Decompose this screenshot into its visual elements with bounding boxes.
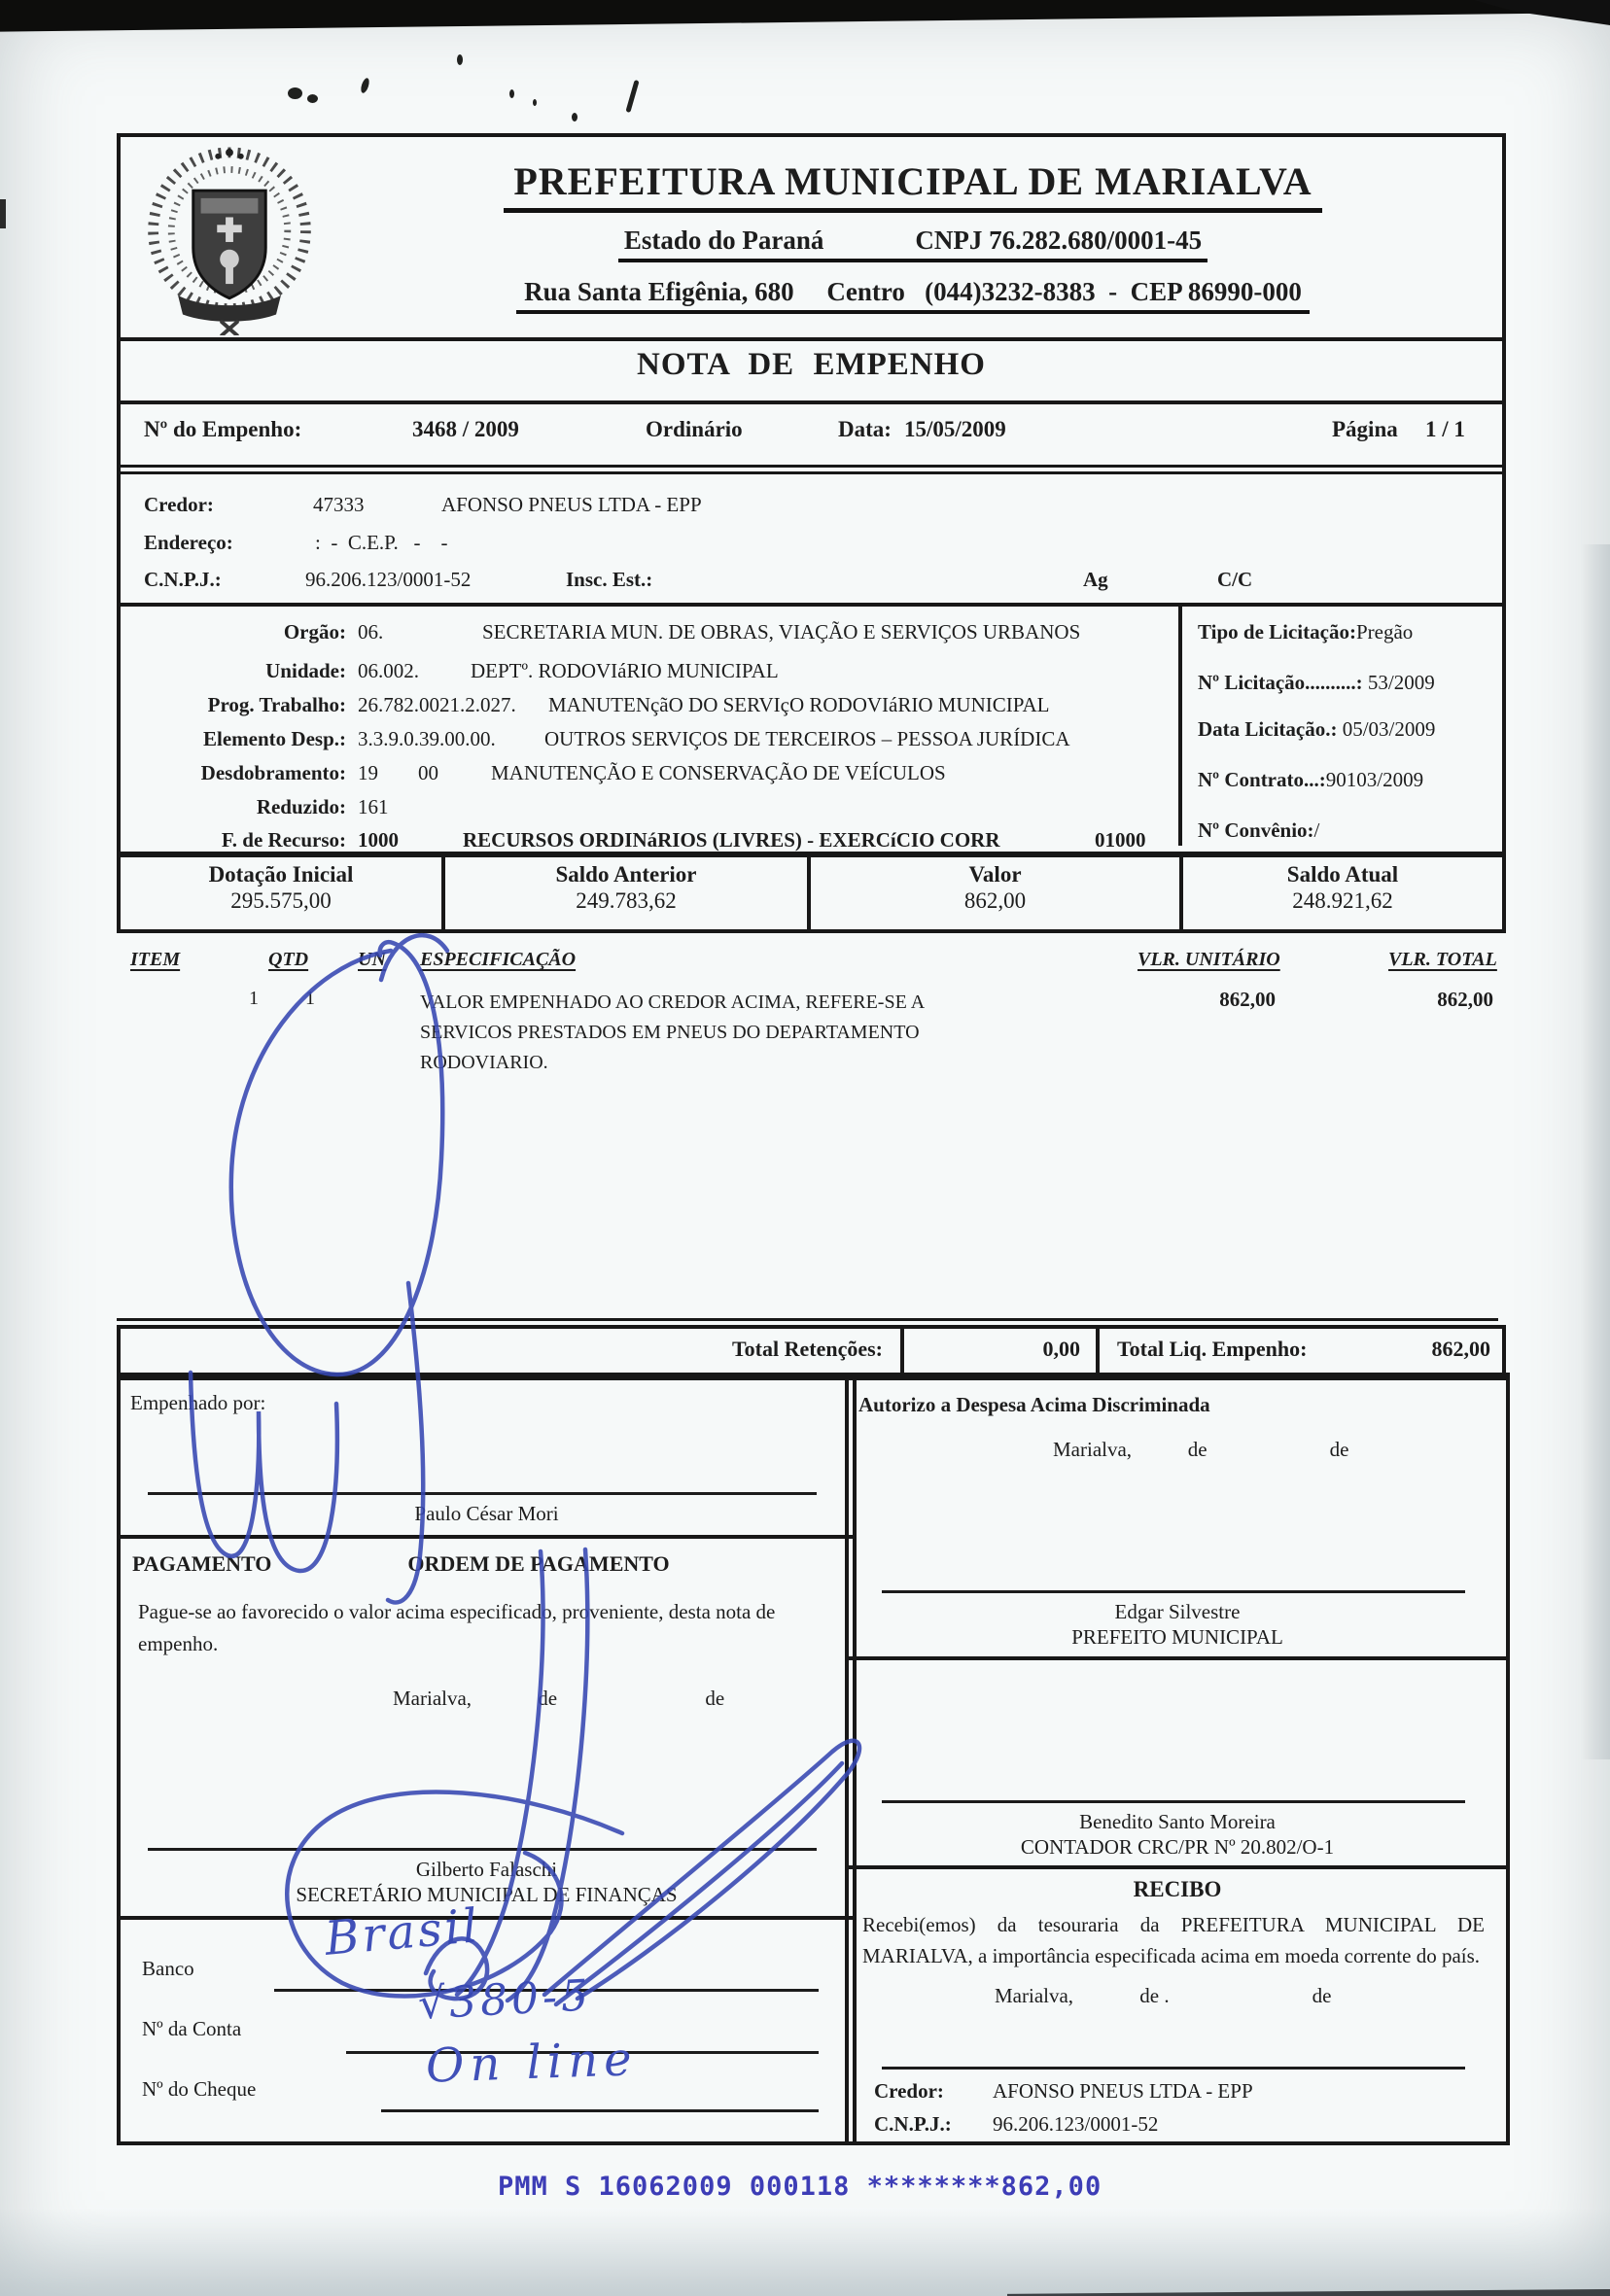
secretario-name: Gilberto Falaschi <box>121 1857 853 1883</box>
contador-role: CONTADOR CRC/PR Nº 20.802/O-1 <box>849 1834 1506 1861</box>
summary-header: Dotação Inicial <box>121 862 441 887</box>
secretario-role: SECRETÁRIO MUNICIPAL DE FINANÇAS <box>121 1882 853 1908</box>
prog-trabalho-label: Prog. Trabalho: <box>121 692 346 718</box>
licitacao-data-value: 05/03/2009 <box>1337 717 1435 741</box>
item-number: 1 <box>249 988 259 1010</box>
form-header-box: PREFEITURA MUNICIPAL DE MARIALVA Estado … <box>117 133 1506 857</box>
summary-value: 295.575,00 <box>121 888 441 914</box>
fonte-recurso-label: F. de Recurso: <box>121 827 346 853</box>
insc-est-label: Insc. Est.: <box>566 567 652 593</box>
credor-cnpj-value: 96.206.123/0001-52 <box>305 567 471 593</box>
summary-value: 862,00 <box>811 888 1179 914</box>
credor-line: Credor: 47333 AFONSO PNEUS LTDA - EPP <box>121 492 1502 525</box>
banco-handwritten-value: Brasil <box>323 1898 482 1966</box>
signature-line <box>882 1800 1465 1803</box>
page-number: 1 / 1 <box>1425 417 1465 442</box>
items-header-item: ITEM <box>130 949 180 971</box>
unidade-code: 06.002. <box>358 658 419 684</box>
empenho-number: 3468 / 2009 <box>412 417 519 442</box>
licitacao-box: Tipo de Licitação:Pregão Nº Licitação...… <box>1178 607 1510 846</box>
total-retencoes-label: Total Retenções: <box>121 1329 904 1376</box>
total-liq-label: Total Liq. Empenho: <box>1100 1329 1307 1376</box>
ink-speck <box>307 94 318 103</box>
summary-col-saldo-atual: Saldo Atual 248.921,62 <box>1183 855 1502 929</box>
state-label: Estado do Paraná <box>624 226 824 255</box>
licitacao-numero: Nº Licitação..........: 53/2009 <box>1198 671 1435 695</box>
desdobramento-row: Desdobramento: 19 00 MANUTENÇÃO E CONSER… <box>121 760 1171 789</box>
contrato-numero: Nº Contrato...:90103/2009 <box>1198 768 1423 792</box>
summary-col-valor: Valor 862,00 <box>811 855 1183 929</box>
scan-artifact-left-tick <box>0 199 6 228</box>
desdobramento-label: Desdobramento: <box>121 760 346 786</box>
summary-value: 248.921,62 <box>1183 888 1502 914</box>
convenio-numero-value: / <box>1314 818 1320 842</box>
signature-line <box>882 1590 1465 1593</box>
unidade-desc: DEPTº. RODOVIáRIO MUNICIPAL <box>471 658 779 684</box>
total-liq-value: 862,00 <box>1432 1329 1503 1376</box>
convenio-numero: Nº Convênio:/ <box>1198 818 1319 843</box>
unidade-label: Unidade: <box>121 658 346 684</box>
empenho-date: 15/05/2009 <box>904 417 1006 442</box>
licitacao-tipo-value: Pregão <box>1356 620 1413 644</box>
items-header-vlr-unitario: VLR. UNITÁRIO <box>1137 949 1280 971</box>
empenhado-por-name: Paulo César Mori <box>121 1501 853 1527</box>
recibo-cnpj-label: C.N.P.J.: <box>874 2111 952 2138</box>
signature-line <box>148 1492 817 1495</box>
municipality-title: PREFEITURA MUNICIPAL DE MARIALVA <box>504 158 1321 213</box>
dot-matrix-print-line: PMM S 16062009 000118 ********862,00 <box>498 2172 1102 2202</box>
signature-line <box>882 2067 1465 2070</box>
item-vlr-total: 862,00 <box>1346 988 1493 1012</box>
ink-speck <box>533 99 537 106</box>
scan-artifact-top-strip <box>0 0 1610 33</box>
prog-trabalho-desc: MANUTENçãO DO SERVIçO RODOVIáRIO MUNICIP… <box>548 692 1050 718</box>
ink-speck <box>288 87 302 99</box>
cnpj-line: C.N.P.J.: 96.206.123/0001-52 Insc. Est.:… <box>121 567 1502 600</box>
ink-speck <box>457 54 463 65</box>
items-header-qtd: QTD <box>268 949 308 971</box>
scanned-document-page: PREFEITURA MUNICIPAL DE MARIALVA Estado … <box>0 0 1610 2296</box>
ordem-pagamento-title: ORDEM DE PAGAMENTO <box>334 1551 743 1577</box>
signature-items-oval <box>231 942 442 1374</box>
recibo-cnpj-value: 96.206.123/0001-52 <box>993 2111 1158 2138</box>
pagamento-box: Empenhado por: Paulo César Mori PAGAMENT… <box>117 1373 857 2145</box>
endereco-label: Endereço: <box>144 530 233 556</box>
orgao-desc: SECRETARIA MUN. DE OBRAS, VIAÇÃO E SERVI… <box>482 619 1080 645</box>
autorizo-recibo-box: Autorizo a Despesa Acima Discriminada Ma… <box>845 1373 1510 2145</box>
licitacao-data: Data Licitação.: 05/03/2009 <box>1198 717 1435 742</box>
item-qtd: 1 <box>305 988 315 1010</box>
items-header-espec: ESPECIFICAÇÃO <box>420 949 576 971</box>
doc-title: NOTA DE EMPENHO <box>121 347 1502 383</box>
pagamento-text: Pague-se ao favorecido o valor acima esp… <box>138 1596 785 1659</box>
empenho-number-label: Nº do Empenho: <box>144 417 301 442</box>
recibo-city-line: Marialva, de . de <box>995 1983 1331 2009</box>
empenho-row: Nº do Empenho: 3468 / 2009 Ordinário Dat… <box>121 417 1502 460</box>
empenhado-por-label: Empenhado por: <box>130 1390 265 1416</box>
total-retencoes-value: 0,00 <box>904 1329 1100 1376</box>
recibo-title: RECIBO <box>849 1877 1506 1902</box>
cc-label: C/C <box>1217 567 1252 593</box>
scan-artifact-bottom-fade <box>0 2209 1610 2296</box>
reduzido-row: Reduzido: 161 <box>121 794 1171 823</box>
contador-name: Benedito Santo Moreira <box>849 1809 1506 1835</box>
ag-label: Ag <box>1083 567 1108 593</box>
elemento-desp-label: Elemento Desp.: <box>121 726 346 752</box>
cnpj-header: CNPJ 76.282.680/0001-45 <box>915 226 1202 255</box>
summary-value: 249.783,62 <box>445 888 807 914</box>
licitacao-tipo-label: Tipo de Licitação: <box>1198 620 1356 644</box>
items-header-un: UN <box>358 949 386 971</box>
fonte-recurso-extra: 01000 <box>1095 827 1146 853</box>
credor-code: 47333 <box>313 492 365 518</box>
elemento-desp-code: 3.3.9.0.39.00.00. <box>358 726 496 752</box>
summary-header: Valor <box>811 862 1179 887</box>
items-header-vlr-total: VLR. TOTAL <box>1388 949 1497 971</box>
summary-box: Dotação Inicial 295.575,00 Saldo Anterio… <box>117 852 1506 933</box>
pagamento-city-line: Marialva, de de <box>393 1686 724 1712</box>
prefeito-name: Edgar Silvestre <box>849 1599 1506 1625</box>
address-line: Rua Santa Efigênia, 680 Centro (044)3232… <box>516 277 1310 314</box>
item-desc: VALOR EMPENHADO AO CREDOR ACIMA, REFERE-… <box>420 988 994 1078</box>
signature-line <box>148 1848 817 1851</box>
reduzido-code: 161 <box>358 794 389 820</box>
licitacao-numero-value: 53/2009 <box>1363 671 1435 694</box>
autorizo-title: Autorizo a Despesa Acima Discriminada <box>858 1392 1210 1418</box>
ink-speck <box>360 77 371 93</box>
autorizo-city-line: Marialva, de de <box>1053 1437 1348 1463</box>
endereco-line: Endereço: : - C.E.P. - - <box>121 530 1502 563</box>
summary-header: Saldo Atual <box>1183 862 1502 887</box>
contrato-numero-value: 90103/2009 <box>1326 768 1423 791</box>
totals-top-rule <box>117 1318 1498 1321</box>
cheque-line <box>381 2109 819 2112</box>
elemento-desp-desc: OUTROS SERVIÇOS DE TERCEIROS – PESSOA JU… <box>544 726 1070 752</box>
fonte-recurso-code: 1000 <box>358 827 399 853</box>
cheque-handwritten-value: On line <box>425 2032 638 2094</box>
desdobramento-code2: 00 <box>418 760 438 786</box>
banco-label: Banco <box>142 1956 194 1982</box>
recibo-credor-value: AFONSO PNEUS LTDA - EPP <box>993 2078 1253 2105</box>
orgao-label: Orgão: <box>121 619 346 645</box>
credor-label: Credor: <box>144 492 214 518</box>
licitacao-numero-label: Nº Licitação..........: <box>1198 671 1363 694</box>
licitacao-data-label: Data Licitação.: <box>1198 717 1337 741</box>
empenho-date-label: Data: <box>838 417 892 442</box>
fonte-recurso-desc: RECURSOS ORDINáRIOS (LIVRES) - EXERCíCIO… <box>463 827 1000 853</box>
reduzido-label: Reduzido: <box>121 794 346 820</box>
credor-name: AFONSO PNEUS LTDA - EPP <box>441 492 702 518</box>
empenho-type: Ordinário <box>646 417 743 442</box>
unidade-row: Unidade: 06.002. DEPTº. RODOVIáRIO MUNIC… <box>121 658 1171 687</box>
prog-trabalho-code: 26.782.0021.2.027. <box>358 692 516 718</box>
cheque-label: Nº do Cheque <box>142 2076 256 2103</box>
convenio-numero-label: Nº Convênio: <box>1198 818 1314 842</box>
coat-of-arms-logo <box>134 145 325 335</box>
page-number-label: Página <box>1332 417 1398 442</box>
summary-header: Saldo Anterior <box>445 862 807 887</box>
desdobramento-code: 19 <box>358 760 378 786</box>
elemento-desp-row: Elemento Desp.: 3.3.9.0.39.00.00. OUTROS… <box>121 726 1171 755</box>
ink-speck <box>625 80 639 113</box>
recibo-text: Recebi(emos) da tesouraria da PREFEITURA… <box>862 1910 1485 1971</box>
ink-speck <box>572 113 577 122</box>
desdobramento-desc: MANUTENÇÃO E CONSERVAÇÃO DE VEÍCULOS <box>491 760 946 786</box>
licitacao-tipo: Tipo de Licitação:Pregão <box>1198 620 1413 644</box>
endereco-value: : - C.E.P. - - <box>315 530 448 556</box>
recibo-credor-label: Credor: <box>874 2078 944 2105</box>
prog-trabalho-row: Prog. Trabalho: 26.782.0021.2.027. MANUT… <box>121 692 1171 721</box>
scan-artifact-right-band <box>1581 544 1610 1759</box>
item-vlr-unitario: 862,00 <box>1118 988 1276 1012</box>
ink-speck <box>509 89 514 98</box>
orgao-row: Orgão: 06. SECRETARIA MUN. DE OBRAS, VIA… <box>121 619 1171 648</box>
credor-cnpj-label: C.N.P.J.: <box>144 567 222 593</box>
summary-col-dotacao: Dotação Inicial 295.575,00 <box>121 855 445 929</box>
conta-label: Nº da Conta <box>142 2016 241 2042</box>
conta-handwritten-value: √380-5 <box>417 1970 593 2029</box>
orgao-code: 06. <box>358 619 383 645</box>
letterhead: PREFEITURA MUNICIPAL DE MARIALVA Estado … <box>364 158 1462 314</box>
prefeito-role: PREFEITO MUNICIPAL <box>849 1624 1506 1651</box>
pagamento-title: PAGAMENTO <box>132 1551 271 1577</box>
contrato-numero-label: Nº Contrato...: <box>1198 768 1326 791</box>
summary-col-saldo-anterior: Saldo Anterior 249.783,62 <box>445 855 811 929</box>
state-cnpj-line: Estado do Paraná CNPJ 76.282.680/0001-45 <box>618 226 1207 262</box>
